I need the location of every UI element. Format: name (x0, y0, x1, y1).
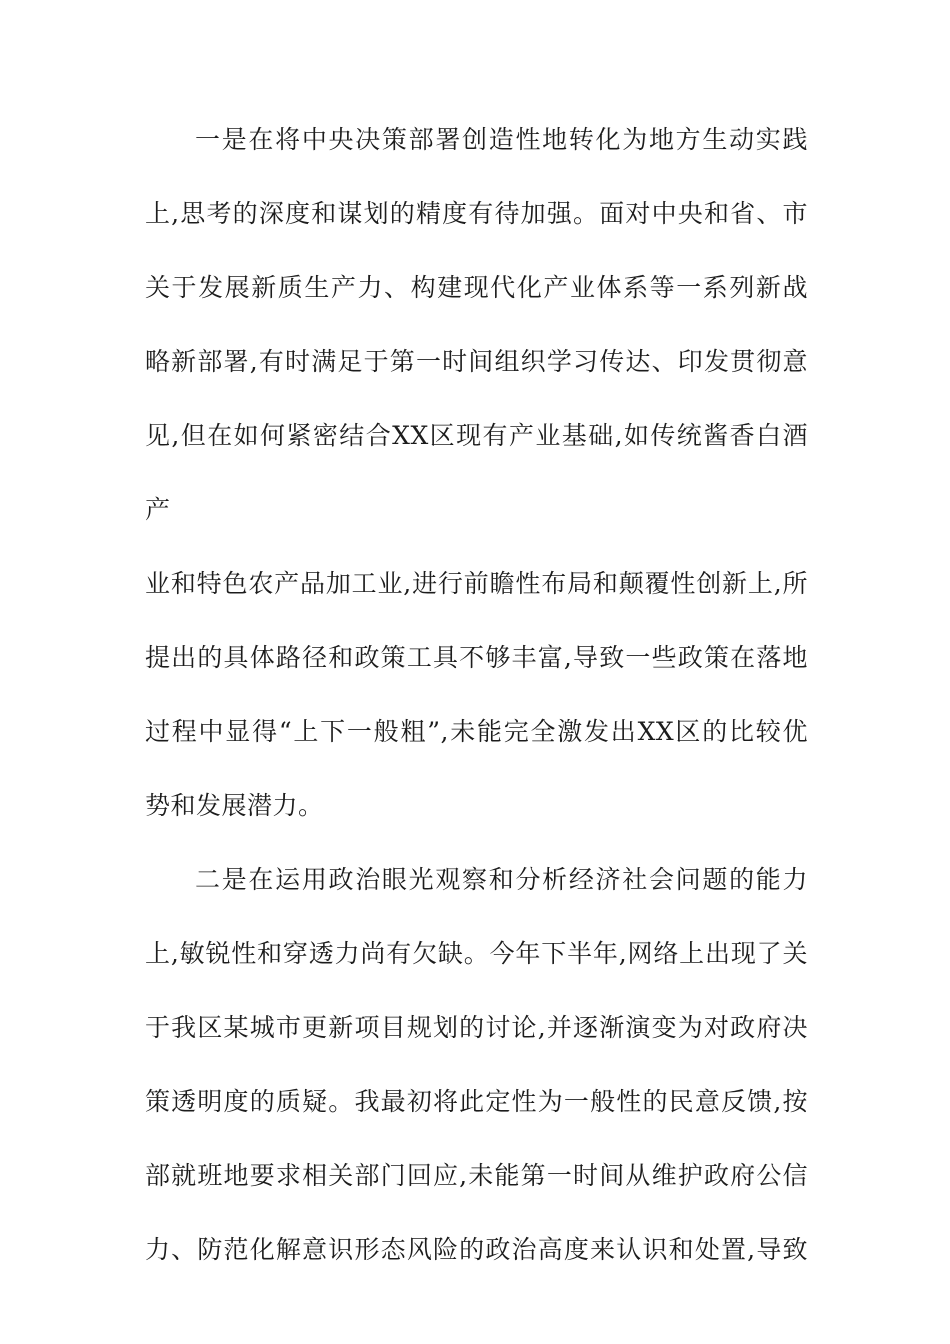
text-line: 一是在将中央决策部署创造性地转化为地方生动实践 (145, 103, 808, 177)
text-line: 关于发展新质生产力、构建现代化产业体系等一系列新战 (145, 251, 808, 325)
paragraph-2: 二是在运用政治眼光观察和分析经济社会问题的能力 上,敏锐性和穿透力尚有欠缺。今年… (145, 843, 808, 1287)
text-line: 策透明度的质疑。我最初将此定性为一般性的民意反馈,按 (145, 1065, 808, 1139)
text-line: 二是在运用政治眼光观察和分析经济社会问题的能力 (145, 843, 808, 917)
text-line: 见,但在如何紧密结合XX区现有产业基础,如传统酱香白酒产 (145, 399, 808, 547)
document-page: 一是在将中央决策部署创造性地转化为地方生动实践 上,思考的深度和谋划的精度有待加… (0, 0, 950, 1344)
text-line: 业和特色农产品加工业,进行前瞻性布局和颠覆性创新上,所 (145, 547, 808, 621)
text-line: 提出的具体路径和政策工具不够丰富,导致一些政策在落地 (145, 621, 808, 695)
text-line: 部就班地要求相关部门回应,未能第一时间从维护政府公信 (145, 1139, 808, 1213)
text-line: 上,思考的深度和谋划的精度有待加强。面对中央和省、市 (145, 177, 808, 251)
text-line: 力、防范化解意识形态风险的政治高度来认识和处置,导致 (145, 1213, 808, 1287)
paragraph-1: 一是在将中央决策部署创造性地转化为地方生动实践 上,思考的深度和谋划的精度有待加… (145, 103, 808, 843)
text-line: 略新部署,有时满足于第一时间组织学习传达、印发贯彻意 (145, 325, 808, 399)
text-line: 过程中显得“上下一般粗”,未能完全激发出XX区的比较优 (145, 695, 808, 769)
text-line: 于我区某城市更新项目规划的讨论,并逐渐演变为对政府决 (145, 991, 808, 1065)
text-line: 上,敏锐性和穿透力尚有欠缺。今年下半年,网络上出现了关 (145, 917, 808, 991)
text-line: 势和发展潜力。 (145, 769, 808, 843)
